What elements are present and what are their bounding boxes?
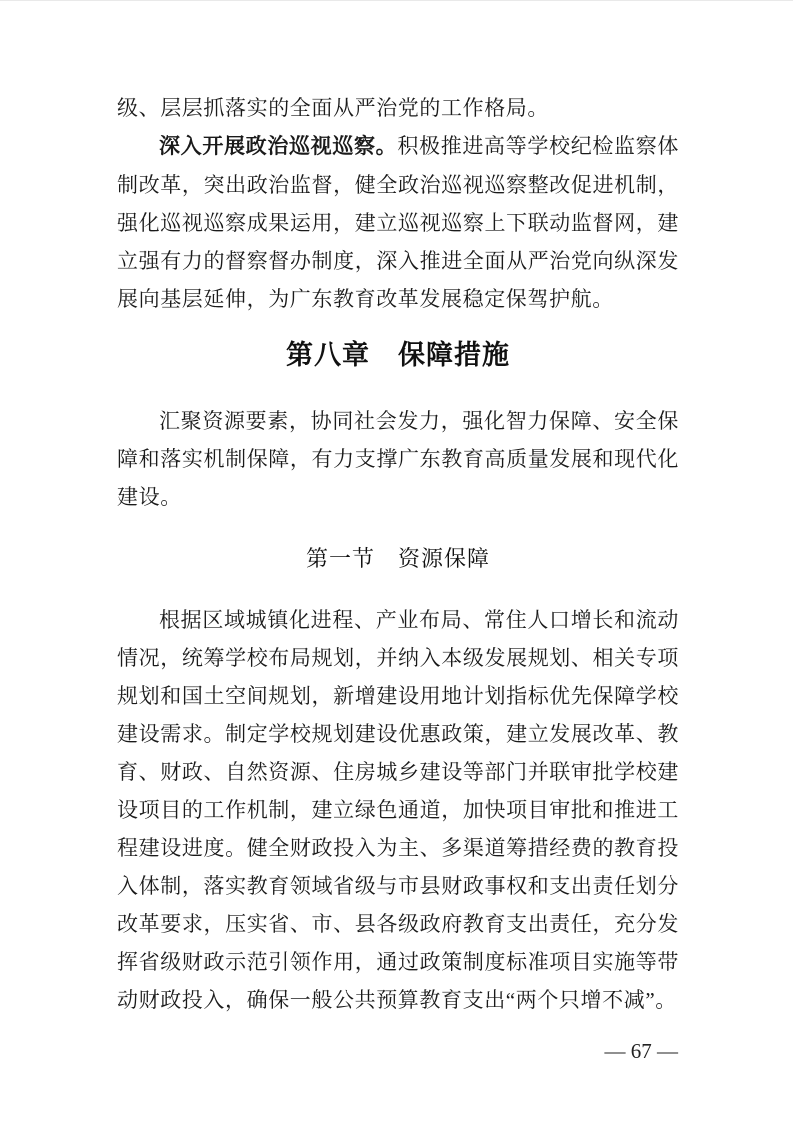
paragraph-continuation: 级、层层抓落实的全面从严治党的工作格局。 [117, 89, 679, 127]
paragraph-political-inspection: 深入开展政治巡视巡察。积极推进高等学校纪检监察体制改革，突出政治监督，健全政治巡… [117, 127, 679, 318]
section-heading: 第一节 资源保障 [117, 543, 679, 575]
paragraph-lead-rest: 积极推进高等学校纪检监察体制改革，突出政治监督，健全政治巡视巡察整改促进机制，强… [117, 134, 679, 311]
paragraph-resource-guarantee: 根据区域城镇化进程、产业布局、常住人口增长和流动情况，统筹学校布局规划，并纳入本… [117, 601, 679, 1019]
chapter-heading: 第八章 保障措施 [117, 335, 679, 375]
document-page: 级、层层抓落实的全面从严治党的工作格局。 深入开展政治巡视巡察。积极推进高等学校… [0, 1, 793, 1122]
page-number: — 67 — [0, 1039, 678, 1063]
page-text-block: 级、层层抓落实的全面从严治党的工作格局。 深入开展政治巡视巡察。积极推进高等学校… [117, 89, 679, 1019]
paragraph-chapter-intro: 汇聚资源要素，协同社会发力，强化智力保障、安全保障和落实机制保障，有力支撑广东教… [117, 402, 679, 516]
paragraph-lead-bold: 深入开展政治巡视巡察。 [159, 135, 397, 158]
